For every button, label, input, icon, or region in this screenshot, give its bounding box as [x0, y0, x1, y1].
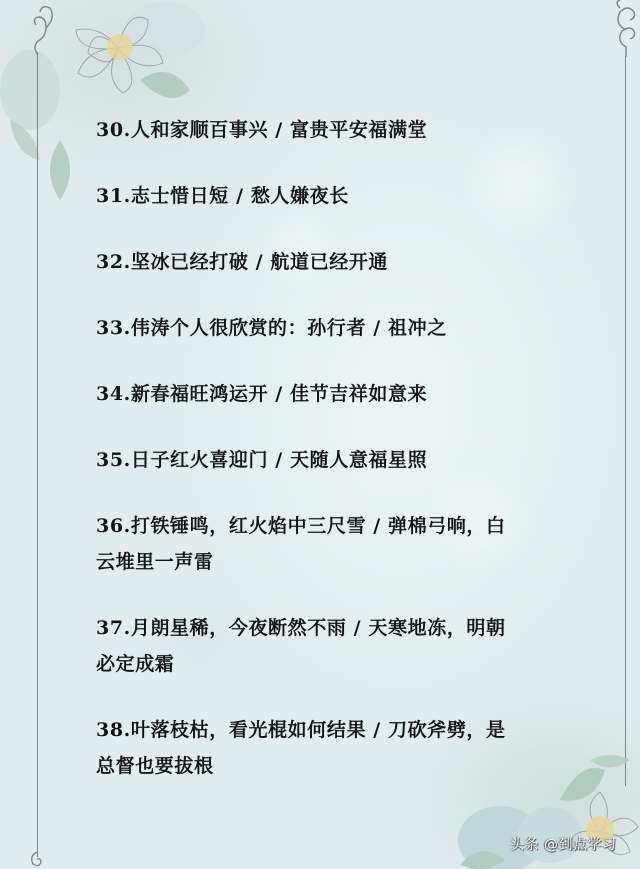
list-item-line: 云堆里一声雷	[96, 544, 556, 580]
list-item-line: 总督也要拔根	[96, 748, 556, 784]
list-item: 33.伟涛个人很欣赏的：孙行者 / 祖冲之	[96, 310, 556, 346]
list-item: 32.坚冰已经打破 / 航道已经开通	[96, 244, 556, 280]
left-border-line	[37, 52, 38, 857]
list-item-line: 36.打铁锤鸣，红火焰中三尺雪 / 弹棉弓响，白	[96, 508, 556, 544]
list-item: 37.月朗星稀，今夜断然不雨 / 天寒地冻，明朝 必定成霜	[96, 610, 556, 682]
list-item-line: 必定成霜	[96, 646, 556, 682]
swirl-top-right-icon	[598, 0, 640, 58]
list-item: 36.打铁锤鸣，红火焰中三尺雪 / 弹棉弓响，白 云堆里一声雷	[96, 508, 556, 580]
watermark: 头条 @到点学习	[510, 834, 616, 854]
list-item: 31.志士惜日短 / 愁人嫌夜长	[96, 178, 556, 214]
swirl-top-left-icon	[28, 0, 68, 56]
list-item-line: 37.月朗星稀，今夜断然不雨 / 天寒地冻，明朝	[96, 610, 556, 646]
list-item: 34.新春福旺鸿运开 / 佳节吉祥如意来	[96, 376, 556, 412]
right-border-line	[625, 56, 626, 786]
list-item: 38.叶落枝枯，看光棍如何结果 / 刀砍斧劈，是 总督也要拔根	[96, 712, 556, 784]
couplet-list: 30.人和家顺百事兴 / 富贵平安福满堂 31.志士惜日短 / 愁人嫌夜长 32…	[96, 112, 556, 814]
list-item: 30.人和家顺百事兴 / 富贵平安福满堂	[96, 112, 556, 148]
list-item-line: 38.叶落枝枯，看光棍如何结果 / 刀砍斧劈，是	[96, 712, 556, 748]
swirl-bottom-left-icon	[28, 852, 48, 869]
list-item: 35.日子红火喜迎门 / 天随人意福星照	[96, 442, 556, 478]
